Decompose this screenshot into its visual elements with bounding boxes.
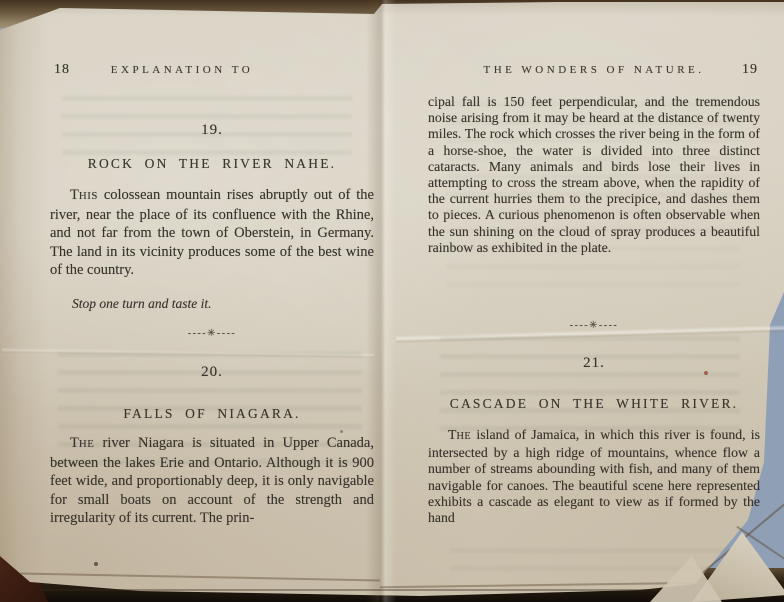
lead-smallcaps: HE	[79, 438, 94, 450]
section-21-paragraph: THE island of Jamaica, in which this riv…	[428, 427, 760, 526]
section-19-number: 19.	[50, 122, 374, 139]
lead-smallcaps: HE	[456, 431, 471, 442]
right-running-header: THE WONDERS OF NATURE.	[428, 64, 760, 76]
section-21-title: CASCADE ON THE WHITE RIVER.	[428, 396, 760, 412]
section-20-paragraph: THE river Niagara is situated in Upper C…	[50, 434, 374, 528]
lead-capital: T	[70, 187, 79, 203]
section-20-title: FALLS OF NIAGARA.	[50, 406, 374, 422]
paragraph-text: island of Jamaica, in which this river i…	[428, 427, 760, 525]
continuation-paragraph: cipal fall is 150 feet perpendicular, an…	[428, 94, 760, 256]
paragraph-text: colossean mountain rises abruptly out of…	[50, 187, 374, 278]
left-running-header: EXPLANATION TO	[50, 64, 314, 76]
section-20-number: 20.	[50, 364, 374, 381]
paragraph-text: river Niagara is situated in Upper Canad…	[50, 435, 374, 526]
page-edge-crease	[40, 589, 730, 591]
section-19-title: ROCK ON THE RIVER NAHE.	[50, 156, 374, 172]
printer-ornament: ----✳----	[428, 320, 760, 331]
instruction-line: Stop one turn and taste it.	[72, 296, 212, 312]
section-19-paragraph: THIS colossean mountain rises abruptly o…	[50, 186, 374, 280]
left-page: 18 EXPLANATION TO 19. ROCK ON THE RIVER …	[50, 58, 374, 568]
lead-capital: T	[70, 435, 79, 451]
printer-ornament: ----✳----	[50, 328, 374, 339]
lead-smallcaps: HIS	[79, 190, 98, 202]
section-21-number: 21.	[428, 355, 760, 372]
book-photo: 18 EXPLANATION TO 19. ROCK ON THE RIVER …	[0, 0, 784, 602]
right-page: 19 THE WONDERS OF NATURE. cipal fall is …	[428, 58, 760, 568]
